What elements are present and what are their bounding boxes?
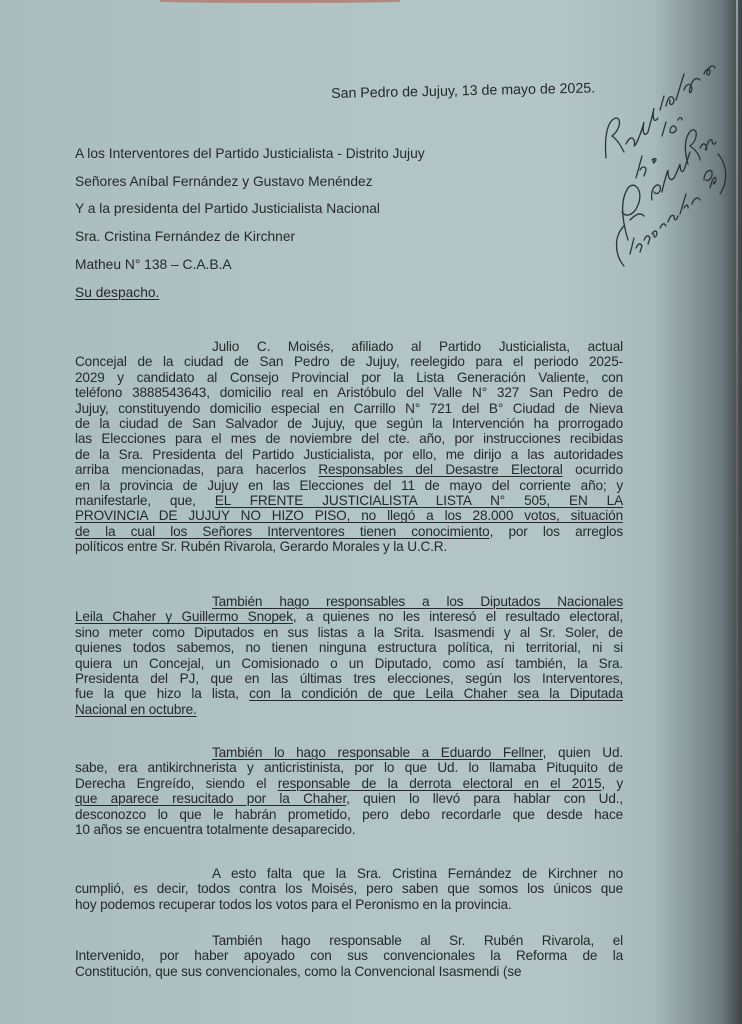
text-run: Presidenta del PJ, que en las últimas tr… — [75, 671, 623, 686]
text-line: fue la que hizo la lista, con la condici… — [75, 686, 623, 701]
text-line: Jujuy, constituyendo domicilio especial … — [75, 401, 623, 416]
text-run: sino meter como Diputados en sus listas … — [75, 625, 623, 640]
text-run: Intervenido, por haber apoyado con sus c… — [75, 948, 623, 963]
text-run: las Elecciones para el mes de noviembre … — [75, 431, 623, 446]
text-line: Presidenta del PJ, que en las últimas tr… — [75, 671, 623, 686]
text-line: de la ciudad de San Salvador de Jujuy, q… — [75, 416, 623, 431]
paragraph-1: Julio C. Moisés, afiliado al Partido Jus… — [75, 339, 623, 554]
text-run: , y — [601, 776, 623, 791]
text-run: de la Sra. Presidenta del Partido Justic… — [75, 447, 623, 462]
underlined-text: Responsables del Desastre Electoral — [318, 462, 562, 477]
text-run: Concejal de la ciudad de San Pedro de Ju… — [75, 354, 623, 369]
text-run: quiera un Concejal, un Comisionado o un … — [75, 656, 623, 671]
text-line: hoy podemos recuperar todos los votos pa… — [75, 897, 623, 912]
text-run: hoy podemos recuperar todos los votos pa… — [75, 897, 512, 912]
text-line: Constitución, que sus convencionales, co… — [75, 964, 623, 979]
text-run: 10 años se encuentra totalmente desapare… — [75, 822, 355, 837]
underlined-text: con la condición de que Leila Chaher sea… — [249, 686, 623, 701]
text-run: Jujuy, constituyendo domicilio especial … — [75, 401, 623, 416]
text-line: También hago responsable al Sr. Rubén Ri… — [75, 933, 623, 948]
underlined-text: PROVINCIA DE JUJUY NO HIZO PISO, no lleg… — [75, 508, 623, 523]
text-run: A esto falta que la Sra. Cristina Fernán… — [212, 866, 623, 881]
text-run: Julio C. Moisés, afiliado al Partido Jus… — [212, 339, 623, 354]
text-line: políticos entre Sr. Rubén Rivarola, Gera… — [75, 539, 623, 554]
text-line: Derecha Engreído, siendo el responsable … — [75, 776, 623, 791]
text-line: en la provincia de Jujuy en las Eleccion… — [75, 478, 623, 493]
addressee-line-3: Y a la presidenta del Partido Justiciali… — [75, 201, 380, 216]
text-run: sabe, era antikirchnerista y anticristin… — [75, 760, 623, 775]
text-run: en la provincia de Jujuy en las Eleccion… — [75, 478, 623, 493]
text-line: También lo hago responsable a Eduardo Fe… — [75, 745, 623, 760]
page-top-shadow — [160, 0, 400, 3]
text-line: Intervenido, por haber apoyado con sus c… — [75, 948, 623, 963]
paragraph-2: También hago responsables a los Diputado… — [75, 594, 623, 717]
place-date: San Pedro de Jujuy, 13 de mayo de 2025. — [331, 80, 595, 102]
text-line: cumplió, es decir, todos contra los Mois… — [75, 881, 623, 896]
addressee-line-1: A los Interventores del Partido Justicia… — [75, 146, 425, 161]
text-run: desconozco lo que le habrán prometido, p… — [75, 807, 623, 822]
text-line: PROVINCIA DE JUJUY NO HIZO PISO, no lleg… — [75, 508, 623, 523]
text-line: Nacional en octubre. — [75, 702, 623, 717]
text-line: de la Sra. Presidenta del Partido Justic… — [75, 447, 623, 462]
text-line: arriba mencionadas, para hacerlos Respon… — [75, 462, 623, 477]
text-line: quiera un Concejal, un Comisionado o un … — [75, 656, 623, 671]
paragraph-4: A esto falta que la Sra. Cristina Fernán… — [75, 866, 623, 912]
text-run: Derecha Engreído, siendo el — [75, 776, 278, 791]
text-line: Leila Chaher y Guillermo Snopek, a quien… — [75, 609, 623, 624]
addressee-salutation: Su despacho. — [75, 285, 159, 300]
text-line: que aparece resucitado por la Chaher, qu… — [75, 791, 623, 806]
text-line: A esto falta que la Sra. Cristina Fernán… — [75, 866, 623, 881]
text-line: sabe, era antikirchnerista y anticristin… — [75, 760, 623, 775]
underlined-text: Leila Chaher y Guillermo Snopek — [75, 609, 293, 624]
text-run: cumplió, es decir, todos contra los Mois… — [75, 881, 623, 896]
paragraph-5: También hago responsable al Sr. Rubén Ri… — [75, 933, 623, 979]
text-line: de la cual los Señores Interventores tie… — [75, 524, 623, 539]
handwritten-receipt-note — [600, 40, 730, 270]
text-line: Concejal de la ciudad de San Pedro de Ju… — [75, 354, 623, 369]
underlined-text: de la cual los Señores Interventores tie… — [75, 524, 490, 539]
addressee-line-5: Matheu N° 138 – C.A.B.A — [75, 257, 232, 272]
text-line: teléfono 3888543643, domicilio real en A… — [75, 385, 623, 400]
text-line: quienes todos sabemos, no tienen ninguna… — [75, 640, 623, 655]
text-line: 10 años se encuentra totalmente desapare… — [75, 822, 623, 837]
text-line: También hago responsables a los Diputado… — [75, 594, 623, 609]
text-run: ocurrido — [563, 462, 623, 477]
text-run: de la ciudad de San Salvador de Jujuy, q… — [75, 416, 623, 431]
underlined-text: EL FRENTE JUSTICIALISTA LISTA N° 505, EN… — [215, 493, 623, 508]
text-line: manifestarle, que, EL FRENTE JUSTICIALIS… — [75, 493, 623, 508]
underlined-text: responsable de la derrota electoral en e… — [278, 776, 602, 791]
text-line: Julio C. Moisés, afiliado al Partido Jus… — [75, 339, 623, 354]
page-edge — [736, 0, 738, 1024]
underlined-text: que aparece resucitado por la Chaher — [75, 791, 346, 806]
text-run: , quien lo llevó para hablar con Ud., — [346, 791, 623, 806]
text-run: Constitución, que sus convencionales, co… — [75, 964, 521, 979]
text-run: , a quienes no les interesó el resultado… — [293, 609, 623, 624]
text-line: 2029 y candidato al Consejo Provincial p… — [75, 370, 623, 385]
text-run: teléfono 3888543643, domicilio real en A… — [75, 385, 623, 400]
text-run: También hago responsable al Sr. Rubén Ri… — [212, 933, 623, 948]
paragraph-3: También lo hago responsable a Eduardo Fe… — [75, 745, 623, 837]
text-line: sino meter como Diputados en sus listas … — [75, 625, 623, 640]
scanned-letter-page: San Pedro de Jujuy, 13 de mayo de 2025. … — [0, 0, 742, 1024]
underlined-text: Nacional en octubre. — [75, 702, 197, 717]
text-run: manifestarle, que, — [75, 493, 215, 508]
addressee-line-2: Señores Aníbal Fernández y Gustavo Menén… — [75, 174, 373, 189]
text-run: políticos entre Sr. Rubén Rivarola, Gera… — [75, 539, 447, 554]
text-line: las Elecciones para el mes de noviembre … — [75, 431, 623, 446]
text-run: , quien Ud. — [543, 745, 623, 760]
text-run: 2029 y candidato al Consejo Provincial p… — [75, 370, 623, 385]
text-run: quienes todos sabemos, no tienen ninguna… — [75, 640, 623, 655]
text-run: arriba mencionadas, para hacerlos — [75, 462, 318, 477]
addressee-line-4: Sra. Cristina Fernández de Kirchner — [75, 229, 295, 244]
text-line: desconozco lo que le habrán prometido, p… — [75, 807, 623, 822]
text-run: fue la que hizo la lista, — [75, 686, 249, 701]
text-run: , por los arreglos — [490, 524, 623, 539]
underlined-text: También lo hago responsable a Eduardo Fe… — [212, 745, 543, 760]
underlined-text: También hago responsables a los Diputado… — [212, 594, 623, 609]
